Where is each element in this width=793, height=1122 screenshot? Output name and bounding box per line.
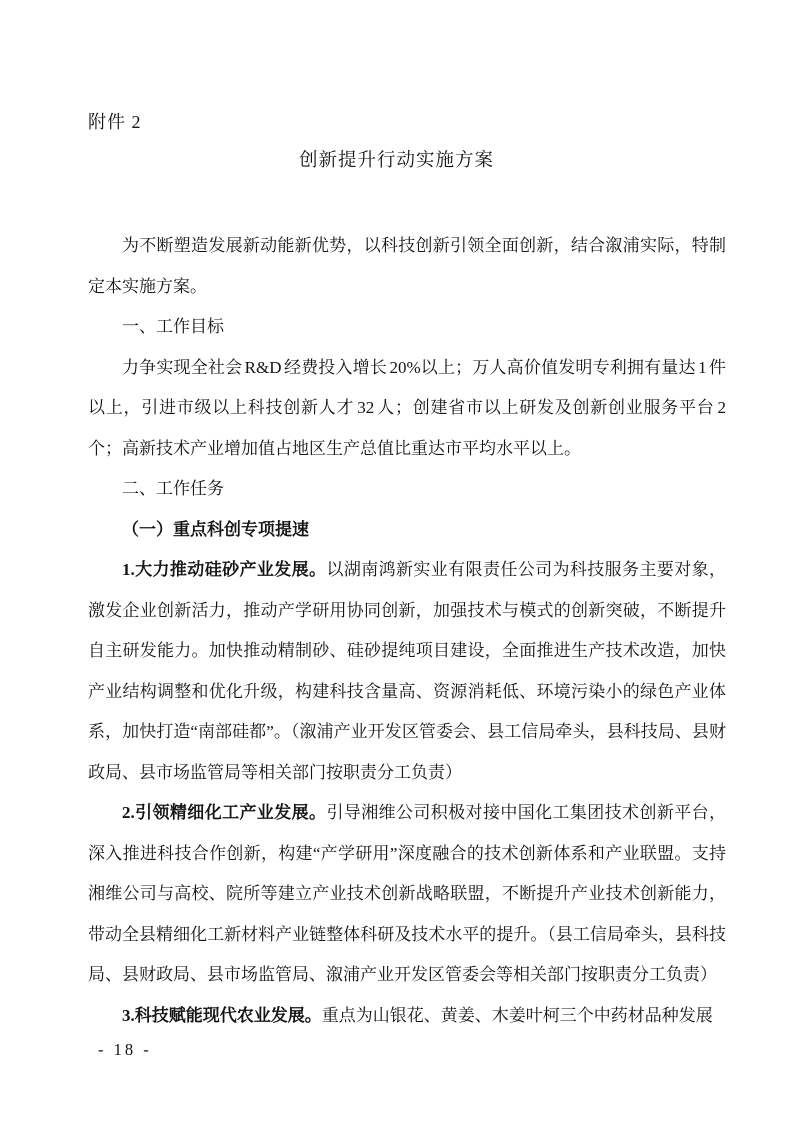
document-body: 为不断塑造发展新动能新优势，以科技创新引领全面创新，结合溆浦实际，特制定本实施方…: [88, 226, 726, 1036]
task-item-3: 3.科技赋能现代农业发展。重点为山银花、黄姜、木姜叶柯三个中药材品种发展: [88, 996, 726, 1037]
task-item-1-text: 以湖南鸿新实业有限责任公司为科技服务主要对象，激发企业创新活力，推动产学研用协同…: [88, 560, 726, 782]
task-item-2: 2.引领精细化工产业发展。引导湘维公司积极对接中国化工集团技术创新平台，深入推进…: [88, 793, 726, 996]
document-page: 附件 2 创新提升行动实施方案 为不断塑造发展新动能新优势，以科技创新引领全面创…: [0, 0, 793, 1122]
task-item-2-text: 引导湘维公司积极对接中国化工集团技术创新平台，深入推进科技合作创新，构建“产学研…: [88, 803, 726, 984]
intro-paragraph: 为不断塑造发展新动能新优势，以科技创新引领全面创新，结合溆浦实际，特制定本实施方…: [88, 226, 726, 307]
page-number: - 18 -: [98, 1039, 152, 1061]
task-item-2-lead: 2.引领精细化工产业发展。: [122, 803, 326, 822]
attachment-label: 附件 2: [88, 110, 142, 134]
document-title: 创新提升行动实施方案: [0, 148, 793, 174]
section-1-heading: 一、工作目标: [88, 307, 726, 348]
subsection-1-heading: （一）重点科创专项提速: [88, 510, 726, 551]
task-item-3-text: 重点为山银花、黄姜、木姜叶柯三个中药材品种发展: [322, 1006, 713, 1025]
task-item-1: 1.大力推动硅砂产业发展。以湖南鸿新实业有限责任公司为科技服务主要对象，激发企业…: [88, 550, 726, 793]
section-1-body: 力争实现全社会 R&D 经费投入增长 20%以上；万人高价值发明专利拥有量达 1…: [88, 348, 726, 470]
task-item-3-lead: 3.科技赋能现代农业发展。: [122, 1006, 322, 1025]
section-2-heading: 二、工作任务: [88, 469, 726, 510]
task-item-1-lead: 1.大力推动硅砂产业发展。: [122, 560, 326, 579]
